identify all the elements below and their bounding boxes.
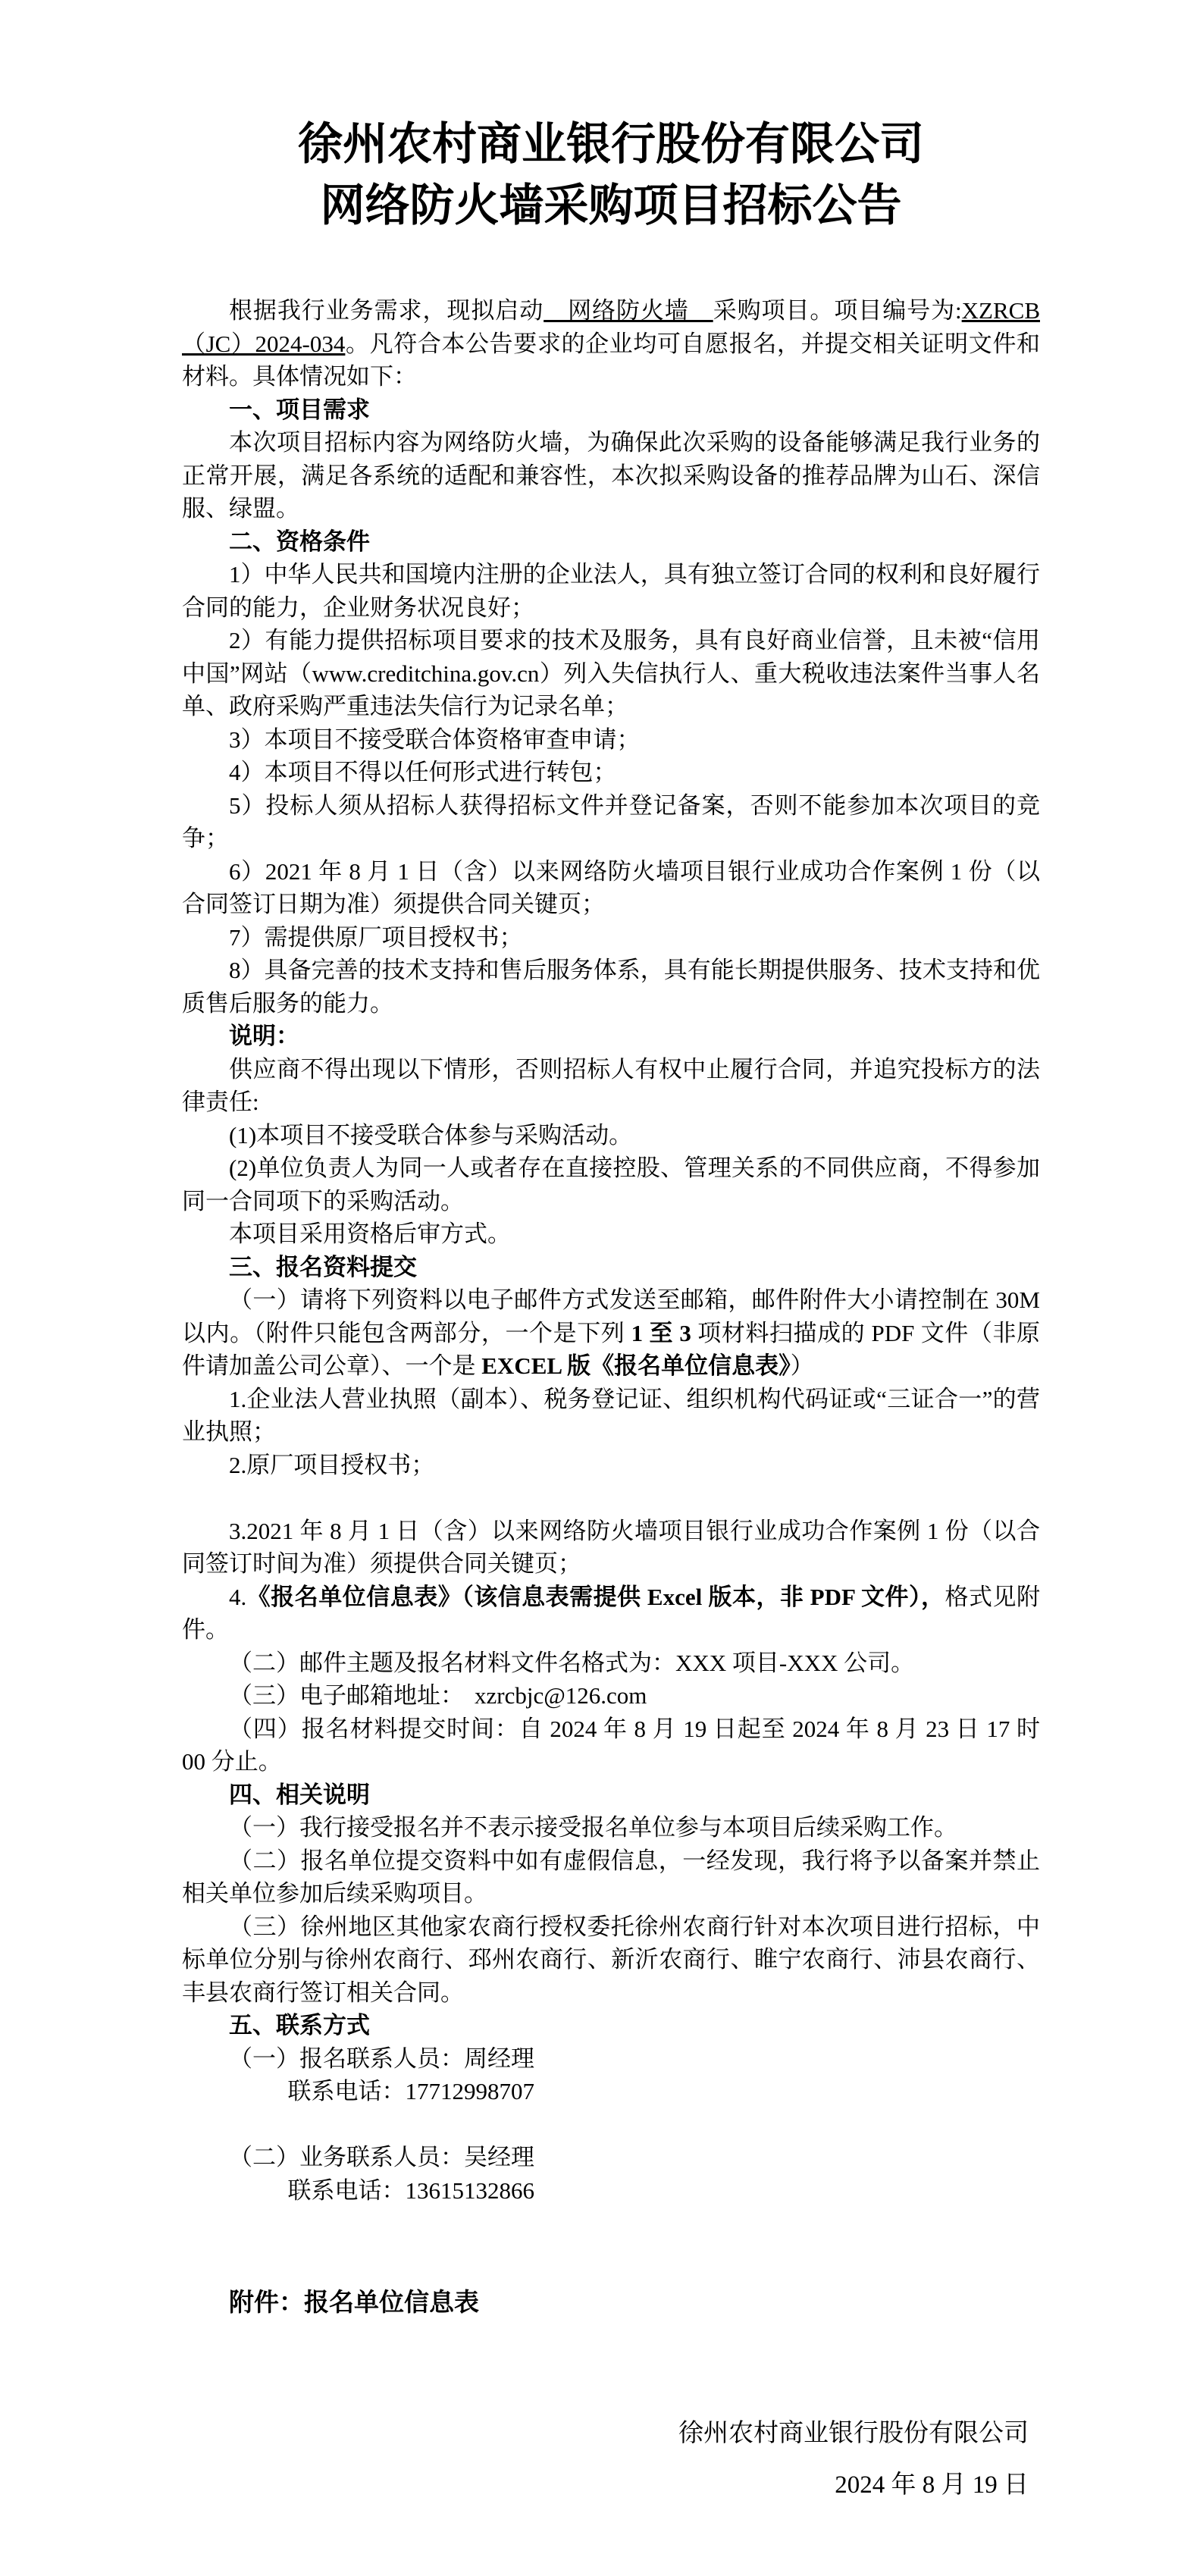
- section3-sub4-bold: 《报名单位信息表》（该信息表需提供 Excel 版本，非 PDF 文件），: [246, 1584, 945, 1610]
- section2-item-8: 8）具备完善的技术支持和售后服务体系，具有能长期提供服务、技术支持和优质售后服务…: [182, 954, 1040, 1020]
- intro-pre: 根据我行业务需求，现拟启动: [229, 297, 544, 324]
- section3-item1-bold-range: 1 至 3: [631, 1320, 691, 1346]
- project-name-underlined: 网络防火墙: [544, 297, 713, 324]
- contact1-name: （一）报名联系人员：周经理: [182, 2042, 1040, 2076]
- section4-item-3: （三）徐州地区其他家农商行授权委托徐州农商行针对本次项目进行招标，中标单位分别与…: [182, 1910, 1040, 2010]
- document-text: 根据我行业务需求，现拟启动 网络防火墙 采购项目。项目编号为:XZRCB（JC）…: [182, 294, 1040, 2207]
- section3-item-2: （二）邮件主题及报名材料文件名格式为：XXX 项目-XXX 公司。: [182, 1647, 1040, 1680]
- section4-item-2: （二）报名单位提交资料中如有虚假信息，一经发现，我行将予以备案并禁止相关单位参加…: [182, 1844, 1040, 1910]
- note-item-2: (2)单位负责人为同一人或者存在直接控股、管理关系的不同供应商，不得参加同一合同…: [182, 1152, 1040, 1217]
- blank-line: [182, 1481, 1040, 1515]
- signature-block: 徐州农村商业银行股份有限公司 2024 年 8 月 19 日: [678, 2408, 1029, 2511]
- section3-item-4: （四）报名材料提交时间：自 2024 年 8 月 19 日起至 2024 年 8…: [182, 1713, 1040, 1778]
- section3-item-3: （三）电子邮箱地址：xzrcbjc@126.com: [182, 1679, 1040, 1713]
- section2-item-7: 7）需提供原厂项目授权书；: [182, 921, 1040, 954]
- note-item-1: (1)本项目不接受联合体参与采购活动。: [182, 1119, 1040, 1152]
- note-heading: 说明：: [182, 1020, 1040, 1053]
- section3-sub-3: 3.2021 年 8 月 1 日（含）以来网络防火墙项目银行业成功合作案例 1 …: [182, 1515, 1040, 1581]
- section2-heading: 二、资格条件: [182, 525, 1040, 559]
- blank-line: [182, 2108, 1040, 2142]
- section3-sub-4: 4.《报名单位信息表》（该信息表需提供 Excel 版本，非 PDF 文件），格…: [182, 1581, 1040, 1647]
- contact2-phone: 联系电话：13615132866: [182, 2174, 1040, 2208]
- intro-paragraph: 根据我行业务需求，现拟启动 网络防火墙 采购项目。项目编号为:XZRCB（JC）…: [182, 294, 1040, 393]
- email-label: （三）电子邮箱地址：: [229, 1682, 464, 1709]
- section2-item-1: 1）中华人民共和国境内注册的企业法人，具有独立签订合同的权利和良好履行合同的能力…: [182, 558, 1040, 624]
- note-intro: 供应商不得出现以下情形，否则招标人有权中止履行合同，并追究投标方的法律责任:: [182, 1053, 1040, 1119]
- section1-heading: 一、项目需求: [182, 393, 1040, 427]
- attachment-note: 附件：报名单位信息表: [229, 2285, 479, 2320]
- document-title: 徐州农村商业银行股份有限公司 网络防火墙采购项目招标公告: [182, 114, 1040, 237]
- intro-mid: 采购项目。项目编号为:: [713, 297, 962, 324]
- section2-item-2: 2）有能力提供招标项目要求的技术及服务，具有良好商业信誉，且未被“信用中国”网站…: [182, 624, 1040, 723]
- title-line-1: 徐州农村商业银行股份有限公司: [182, 114, 1040, 175]
- section3-item1-bold-excel: EXCEL 版《报名单位信息表》: [481, 1352, 790, 1379]
- signature-company: 徐州农村商业银行股份有限公司: [678, 2408, 1029, 2459]
- section2-item-5: 5）投标人须从招标人获得招标文件并登记备案，否则不能参加本次项目的竞争；: [182, 789, 1040, 855]
- contact1-phone: 联系电话：17712998707: [182, 2075, 1040, 2108]
- section3-sub-2: 2.原厂项目授权书；: [182, 1449, 1040, 1482]
- section2-item-3: 3）本项目不接受联合体资格审查申请；: [182, 723, 1040, 757]
- title-line-2: 网络防火墙采购项目招标公告: [182, 175, 1040, 237]
- section3-sub-1: 1.企业法人营业执照（副本）、税务登记证、组织机构代码证或“三证合一”的营业执照…: [182, 1383, 1040, 1449]
- signature-date: 2024 年 8 月 19 日: [678, 2459, 1029, 2511]
- section5-heading: 五、联系方式: [182, 2009, 1040, 2042]
- contact2-name: （二）业务联系人员：吴经理: [182, 2141, 1040, 2174]
- section4-item-1: （一）我行接受报名并不表示接受报名单位参与本项目后续采购工作。: [182, 1811, 1040, 1844]
- section2-item-4: 4）本项目不得以任何形式进行转包；: [182, 756, 1040, 789]
- section1-body: 本次项目招标内容为网络防火墙，为确保此次采购的设备能够满足我行业务的正常开展，满…: [182, 426, 1040, 525]
- section3-item-1: （一）请将下列资料以电子邮件方式发送至邮箱，邮件附件大小请控制在 30M 以内。…: [182, 1283, 1040, 1383]
- section2-item-6: 6）2021 年 8 月 1 日（含）以来网络防火墙项目银行业成功合作案例 1 …: [182, 855, 1040, 921]
- section3-heading: 三、报名资料提交: [182, 1251, 1040, 1284]
- section4-heading: 四、相关说明: [182, 1778, 1040, 1812]
- note-tail: 本项目采用资格后审方式。: [182, 1217, 1040, 1251]
- document-page: 徐州农村商业银行股份有限公司 网络防火墙采购项目招标公告 根据我行业务需求，现拟…: [0, 0, 1203, 2576]
- section3-item1-post: ）: [791, 1352, 814, 1379]
- section3-sub4-number: 4.: [229, 1584, 246, 1610]
- document-body: 徐州农村商业银行股份有限公司 网络防火墙采购项目招标公告 根据我行业务需求，现拟…: [182, 114, 1040, 2207]
- email-address: xzrcbjc@126.com: [475, 1682, 647, 1709]
